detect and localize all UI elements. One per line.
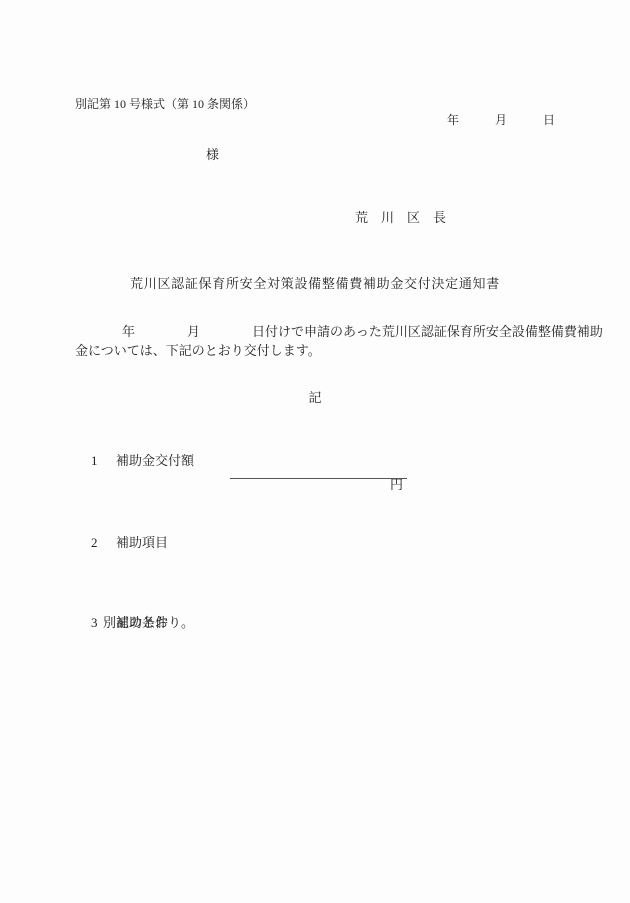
item-row-subsidy-items: 2補助項目	[78, 516, 168, 567]
document-title: 荒川区認証保育所安全対策設備整備費補助金交付決定通知書	[0, 273, 630, 292]
body-paragraph: 年 月 日付けで申請のあった荒川区認証保育所安全設備整備費補助 金については、下…	[75, 322, 561, 360]
amount-blank-underline: 円	[230, 458, 407, 479]
item-label: 補助金交付額	[116, 453, 194, 468]
body-line-1: 年 月 日付けで申請のあった荒川区認証保育所安全設備整備費補助	[75, 322, 561, 341]
section-marker: 記	[0, 387, 630, 406]
body-line-2: 金については、下記のとおり交付します。	[75, 341, 561, 360]
form-number: 別記第 10 号様式（第 10 条関係）	[75, 95, 255, 112]
addressee-suffix: 様	[206, 144, 219, 163]
item-row-grant-amount: 1補助金交付額	[78, 434, 194, 485]
item-label: 補助項目	[116, 535, 168, 550]
item-number: 2	[91, 535, 116, 551]
amount-unit: 円	[390, 477, 403, 492]
document-page: 別記第 10 号様式（第 10 条関係） 年 月 日 様 荒 川 区 長 荒川区…	[0, 0, 630, 903]
item-number: 1	[91, 453, 116, 469]
item-detail: 別記のとおり。	[103, 612, 194, 631]
sender-line: 荒 川 区 長	[355, 207, 446, 226]
date-line: 年 月 日	[447, 111, 555, 128]
